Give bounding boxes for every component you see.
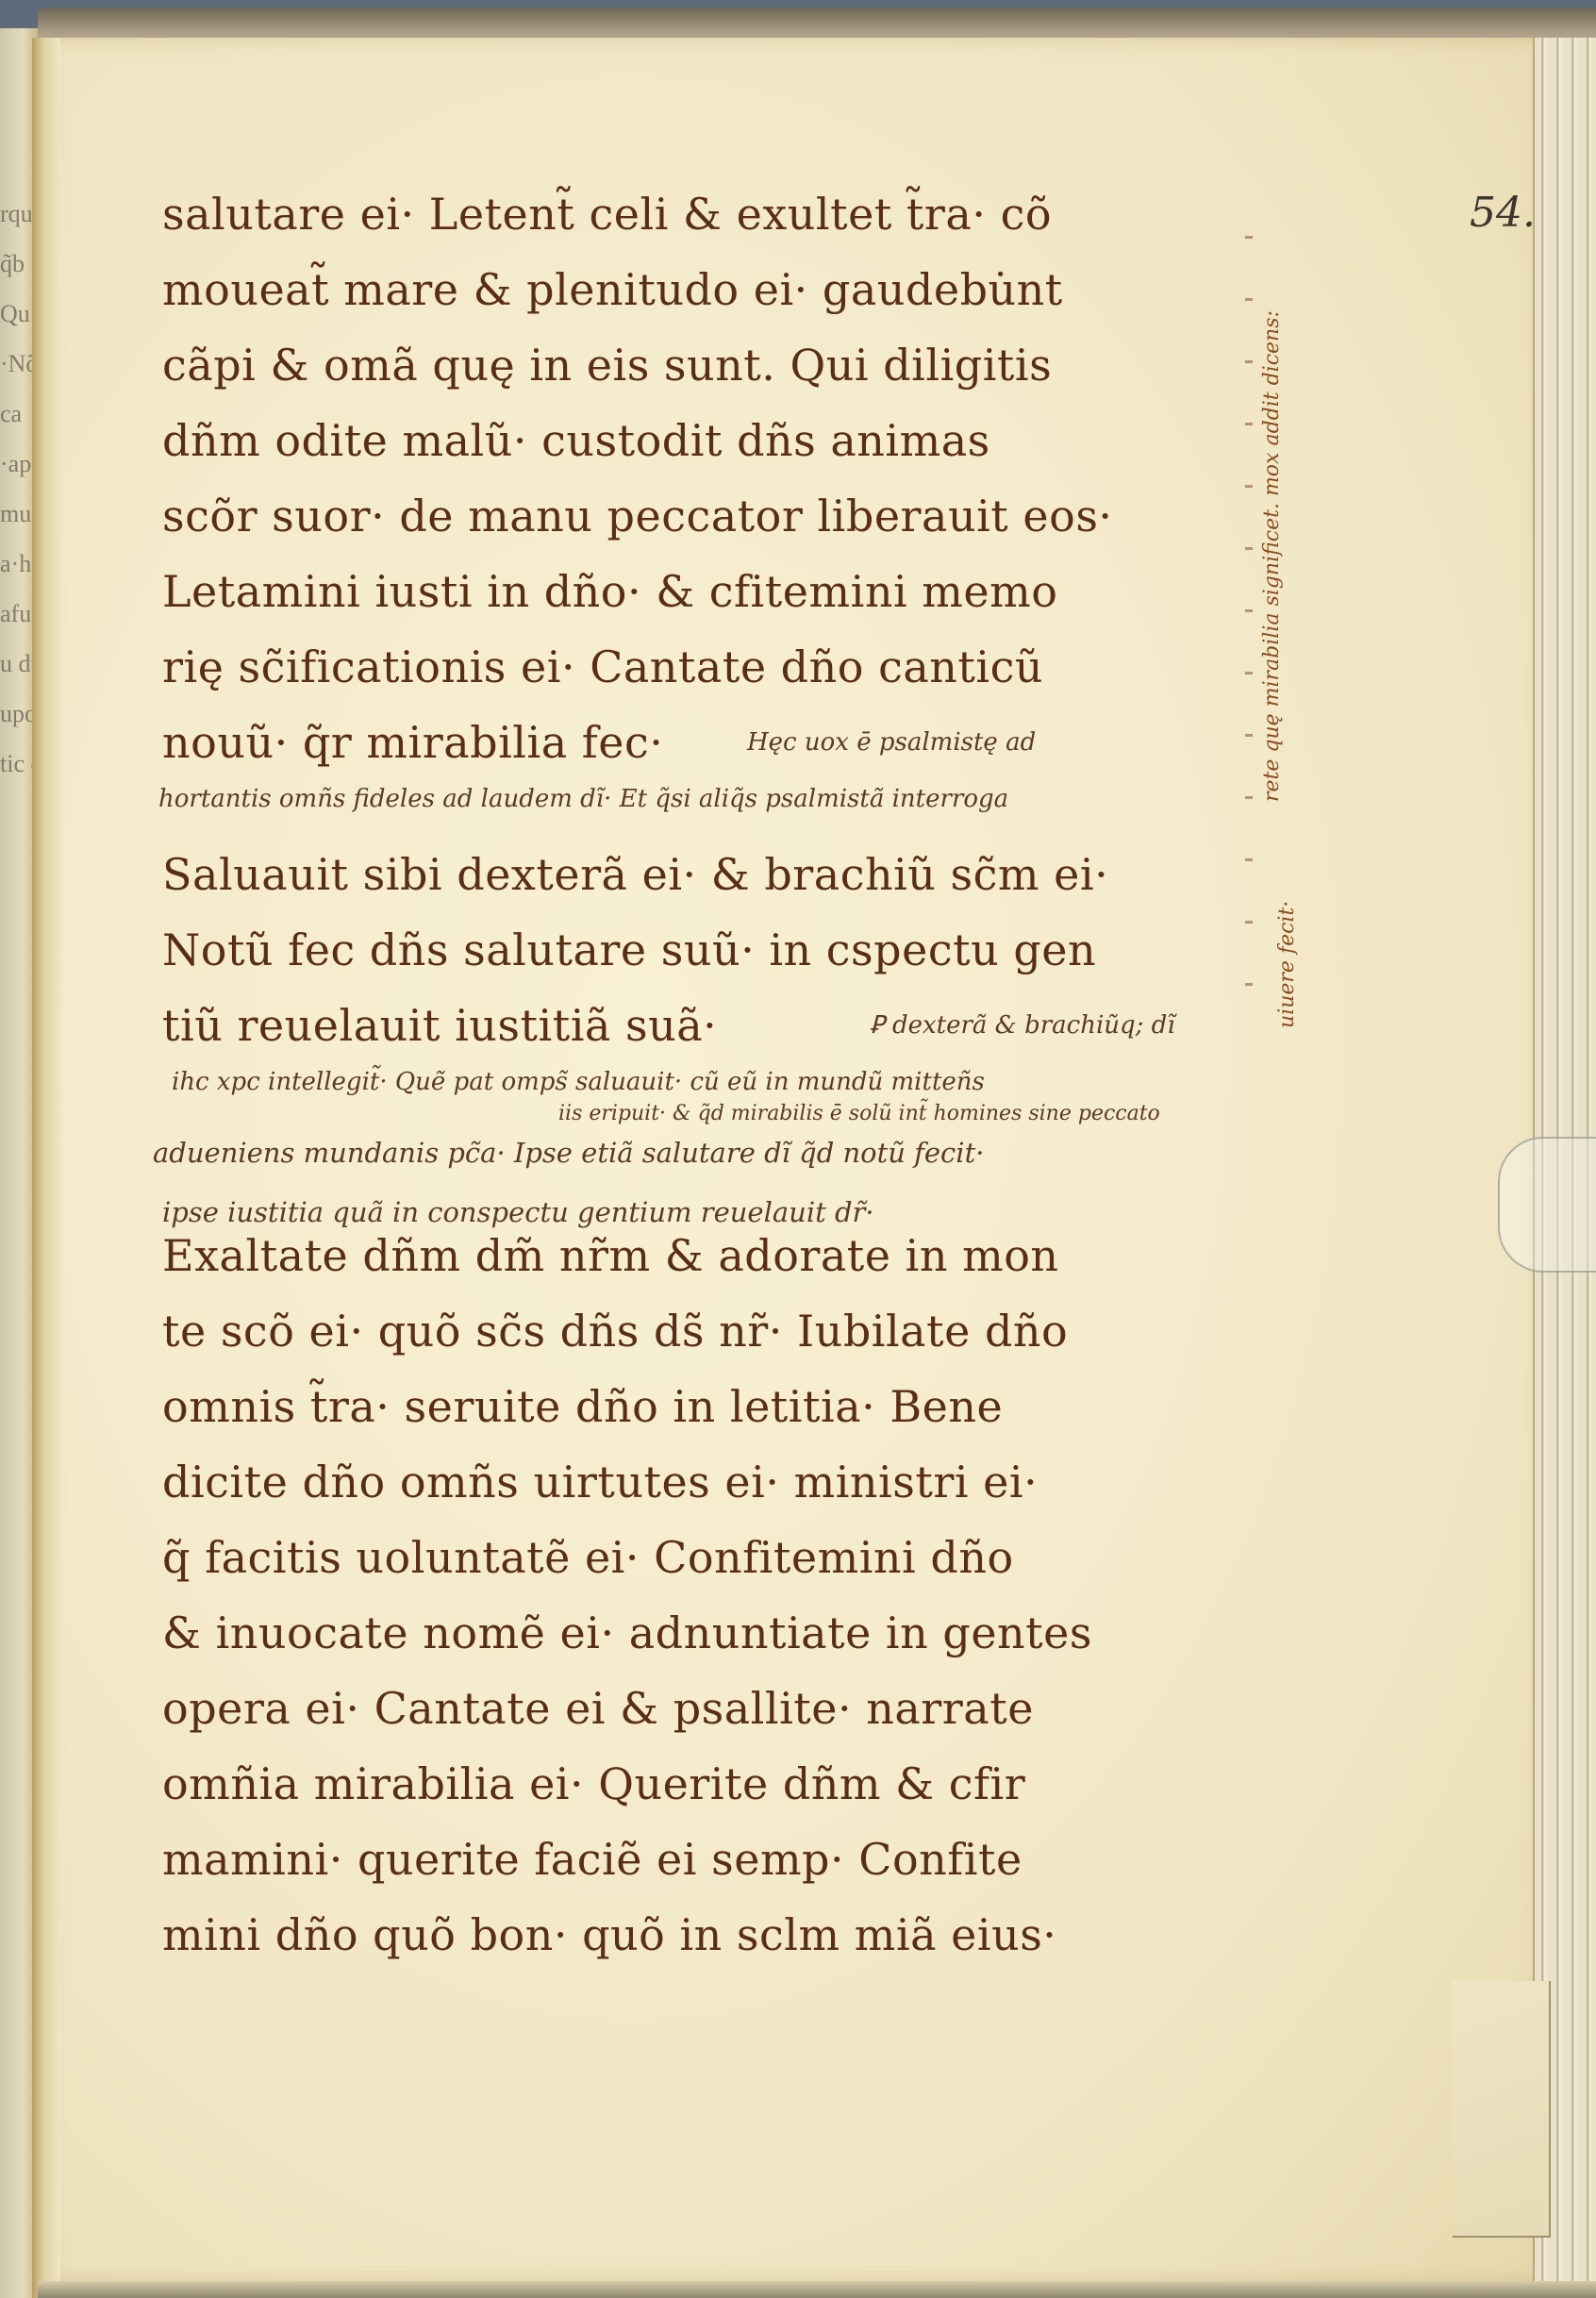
text-line: Saluauit sibi dexterã ei· & brachiũ sc̃m…: [162, 849, 1108, 900]
text-line: Letamini iusti in dño· & cfitemini memo: [162, 566, 1057, 617]
text-line: & inuocate nomẽ ei· adnuntiate in gentes: [162, 1607, 1092, 1658]
margin-gloss-vertical: rete quę mirabilia significet. mox addit…: [1260, 310, 1284, 802]
text-line: opera ei· Cantate ei & psallite· narrate: [162, 1683, 1034, 1734]
text-line: rię sc̃ificationis ei· Cantate dño canti…: [162, 641, 1043, 692]
book-gutter: [32, 38, 60, 2298]
gloss-line: ihc xpc intellegit̃· Quẽ pat omps̃ salua…: [172, 1068, 985, 1096]
text-line: cãpi & omã quę in eis sunt. Qui diligiti…: [162, 340, 1052, 391]
text-line: mamini· querite faciẽ ei semp· Confite: [162, 1834, 1022, 1885]
text-line: nouũ· q̃r mirabilia fec·: [162, 717, 663, 768]
ruling-pricks: [1245, 198, 1253, 1028]
text-line: dicite dño omñs uirtutes ei· ministri ei…: [162, 1457, 1038, 1507]
text-line: q̃ facitis uoluntatẽ ei· Confitemini dño: [162, 1532, 1014, 1583]
book-bottom-edge: [38, 2281, 1596, 2298]
text-line: dñm odite malũ· custodit dñs animas: [162, 415, 990, 466]
folio-number: 54.: [1470, 189, 1536, 237]
text-line: Exaltate dñm dm̃ nr̃m & adorate in mon: [162, 1230, 1059, 1281]
margin-gloss-vertical: uiuere fecit·: [1275, 901, 1299, 1028]
text-line: omnis t̃ra· seruite dño in letitia· Bene: [162, 1381, 1003, 1432]
interlinear-gloss: Hęc uox ē psalmistę ad: [747, 728, 1036, 757]
gloss-line: ipse iustitia quã in conspectu gentium r…: [162, 1196, 874, 1228]
text-line: mini dño quõ bon· quõ in sclm miã eius·: [162, 1909, 1056, 1960]
page-clip: [1498, 1137, 1596, 1273]
gloss-line: adueniens mundanis pc̃a· Ipse etiã salut…: [153, 1137, 984, 1169]
interlinear-gloss: Ꝑ dexterã & brachiũq; dĩ: [870, 1011, 1175, 1040]
text-line: te scõ ei· quõ sc̃s dñs ds̃ nr̃· Iubilat…: [162, 1306, 1068, 1357]
gloss-line: iis eripuit· & q̃d mirabilis ē solũ int̃…: [558, 1102, 1160, 1125]
text-line: scõr suor· de manu peccator liberauit eo…: [162, 491, 1113, 541]
text-line: Notũ fec dñs salutare suũ· in cspectu ge…: [162, 924, 1096, 975]
text-line: salutare ei· Letent̃ celi & exultet t̃ra…: [162, 189, 1052, 240]
gloss-line: hortantis omñs fideles ad laudem dĩ· Et …: [158, 785, 1008, 813]
page-corner-fold: [1453, 1981, 1551, 2238]
text-line: omñia mirabilia ei· Querite dñm & cfir: [162, 1758, 1025, 1809]
text-line: moueat̃ mare & plenitudo ei· gaudebu̇nt: [162, 264, 1063, 315]
text-line: tiũ reuelauit iustitiã suã·: [162, 1000, 717, 1051]
left-page-text-bleed: rqu q̃b Qu ·Nõ ca ·ap mu a·h afu u du up…: [0, 28, 34, 789]
